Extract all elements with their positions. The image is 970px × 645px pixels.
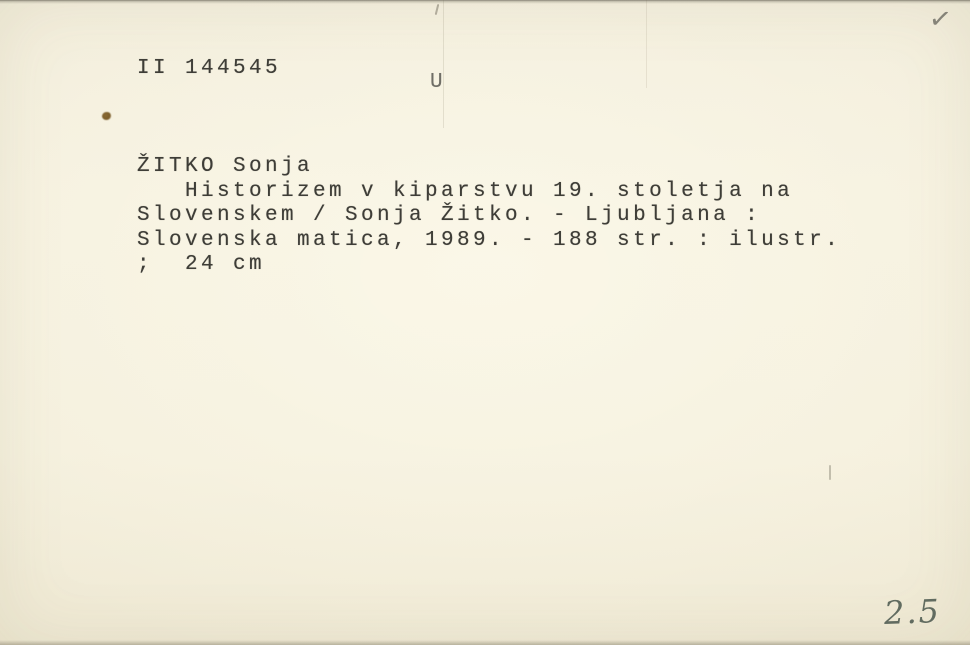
- pencil-stray-mark: [829, 465, 831, 480]
- bib-line: Slovenska matica, 1989. - 188 str. : ilu…: [137, 229, 841, 254]
- checkmark-pencil-icon: ✓: [927, 3, 954, 37]
- pencil-stray-mark: [435, 4, 440, 15]
- bibliographic-entry: ŽITKO Sonja Historizem v kiparstvu 19. s…: [137, 155, 841, 278]
- handwritten-note: 2.5: [883, 592, 941, 632]
- paper-crease: [646, 0, 647, 88]
- paper-crease: [443, 0, 444, 128]
- bib-line: Historizem v kiparstvu 19. stoletja na: [137, 180, 841, 205]
- bib-line: ; 24 cm: [137, 253, 841, 278]
- ink-stain-dot: [102, 112, 111, 120]
- bib-line: Slovenskem / Sonja Žitko. - Ljubljana :: [137, 204, 841, 229]
- bib-line: ŽITKO Sonja: [137, 155, 841, 180]
- udc-letter: U: [430, 71, 446, 94]
- call-number: II 144545: [137, 57, 281, 80]
- library-catalog-card: II 144545 U ✓ ŽITKO Sonja Historizem v k…: [0, 0, 970, 645]
